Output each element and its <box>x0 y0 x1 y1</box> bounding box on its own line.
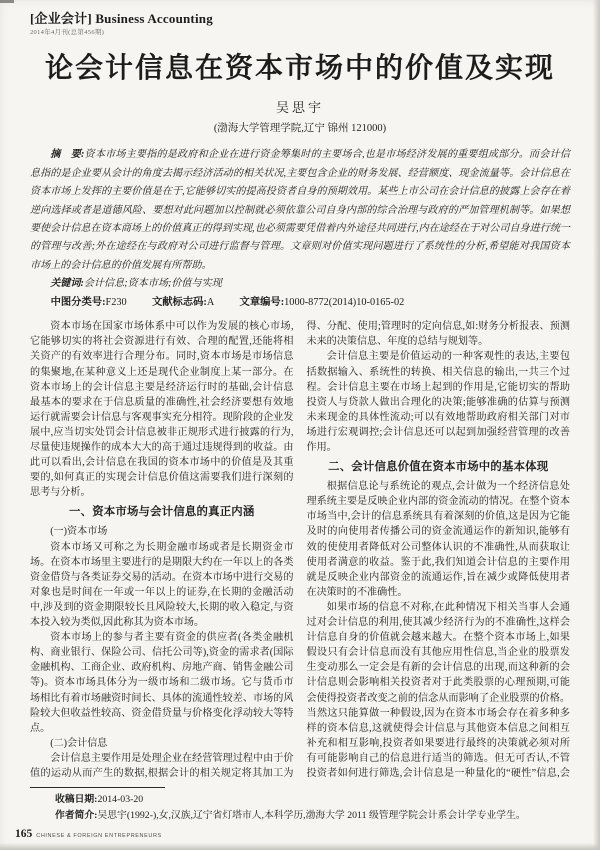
body-paragraph: 会计信息主要作用是处理企业在经营管理过程中由于价值的运动从而产生的数据,根据会计… <box>30 751 294 781</box>
author-bio-label: 作者简介: <box>55 810 97 821</box>
journal-issue-line: 2014年4月刊(总第456期) <box>30 29 570 36</box>
footnote-author-bio: 作者简介:吴思宇(1992-),女,汉族,辽宁省灯塔市人,本科学历,渤海大学 2… <box>30 808 570 824</box>
section-heading-1: 一、资本市场与会计信息的真正内涵 <box>30 505 294 520</box>
author-bio-value: 吴思宇(1992-),女,汉族,辽宁省灯塔市人,本科学历,渤海大学 2011 级… <box>97 810 525 821</box>
page-number: 165 <box>15 828 32 840</box>
author-affiliation: (渤海大学管理学院,辽宁 锦州 121000) <box>30 120 570 135</box>
journal-page: [企业会计] Business Accounting 2014年4月刊(总第45… <box>0 0 600 850</box>
body-paragraph-continuation: 得、分配、使用;管理时的定向信息,如:财务分析报表、预测未来的决策信息、年度的总… <box>307 319 571 349</box>
left-column: 资本市场在国家市场体系中可以作为发展的核心市场,它能够切实的将社会资源进行有效、… <box>30 319 294 781</box>
body-paragraph: 资本市场又可称之为长期金融市场或者是长期资金市场。在资本市场里主要进行的是期限大… <box>30 540 294 631</box>
scan-edge-bottom <box>0 843 600 850</box>
body-paragraph: 根据信息论与系统论的观点,会计做为一个经济信息处理系统主要是反映企业内部的资金流… <box>307 479 571 600</box>
body-paragraph: 资本市场上的参与者主要有资金的供应者(各类金融机构、商业银行、保险公司、信托公司… <box>30 630 294 736</box>
body-paragraph: 如果市场的信息不对称,在此种情况下相关当事人会通过对会计信息的利用,使其减少经济… <box>307 600 571 781</box>
scan-corner-mark <box>0 0 14 3</box>
journal-section-tag: [企业会计] Business Accounting <box>30 12 570 27</box>
article-id-label: 文章编号: <box>240 297 285 308</box>
clc-value: F230 <box>106 297 127 308</box>
footnote-rule <box>30 787 165 788</box>
abstract: 摘 要:资本市场主要指的是政府和企业在进行资金筹集时的主要场合,也是市场经济发展… <box>30 146 570 275</box>
scan-edge-right <box>593 0 600 850</box>
subsection-heading-1-1: (一)资本市场 <box>30 524 294 539</box>
footnote: 收稿日期:2014-03-20 作者简介:吴思宇(1992-),女,汉族,辽宁省… <box>30 787 570 824</box>
body-columns: 资本市场在国家市场体系中可以作为发展的核心市场,它能够切实的将社会资源进行有效、… <box>30 319 570 781</box>
right-column: 得、分配、使用;管理时的定向信息,如:财务分析报表、预测未来的决策信息、年度的总… <box>307 319 571 781</box>
abstract-text: 资本市场主要指的是政府和企业在进行资金筹集时的主要场合,也是市场经济发展的重要组… <box>30 149 570 270</box>
clc-label: 中图分类号: <box>51 297 106 308</box>
journal-tag-en: Business Accounting <box>95 11 213 26</box>
page-footer: 165 CHINESE & FOREIGN ENTREPRENEURS <box>15 828 162 840</box>
article-title: 论会计信息在资本市场中的价值及实现 <box>30 52 570 86</box>
keywords-label: 关键词: <box>50 278 84 289</box>
doc-code-label: 文献标志码: <box>152 297 207 308</box>
author-name: 吴思宇 <box>30 97 570 116</box>
subsection-heading-1-2: (二)会计信息 <box>30 736 294 751</box>
keywords-text: 会计信息;资本市场;价值与实现 <box>84 278 222 289</box>
body-paragraph: 会计信息主要是价值运动的一种客观性的表达,主要包括数据输入、系统性的转换、相关信… <box>307 349 571 455</box>
body-paragraph: 资本市场在国家市场体系中可以作为发展的核心市场,它能够切实的将社会资源进行有效、… <box>30 319 294 500</box>
footer-journal-name: CHINESE & FOREIGN ENTREPRENEURS <box>36 833 162 839</box>
received-date-label: 收稿日期: <box>55 794 97 805</box>
classification-line: 中图分类号:F230 文献标志码:A 文章编号:1000-8772(2014)1… <box>30 294 570 311</box>
doc-code-value: A <box>207 297 214 308</box>
keywords-line: 关键词:会计信息;资本市场;价值与实现 <box>30 275 570 292</box>
footnote-received-date: 收稿日期:2014-03-20 <box>30 792 570 808</box>
section-heading-2: 二、会计信息价值在资本市场中的基本体现 <box>307 460 571 475</box>
received-date-value: 2014-03-20 <box>97 794 143 805</box>
article-id-value: 1000-8772(2014)10-0165-02 <box>284 297 404 308</box>
journal-tag-cn: [企业会计] <box>30 11 92 26</box>
abstract-label: 摘 要: <box>50 149 84 160</box>
journal-header: [企业会计] Business Accounting 2014年4月刊(总第45… <box>30 12 570 36</box>
